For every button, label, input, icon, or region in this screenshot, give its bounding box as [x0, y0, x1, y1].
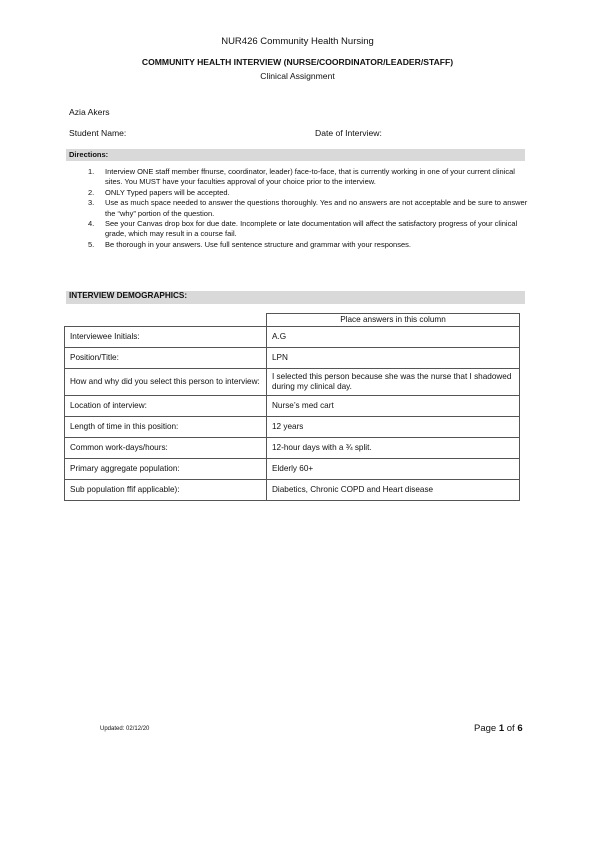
item-text: ONLY Typed papers will be accepted.: [105, 188, 230, 197]
demographics-table: Place answers in this column Interviewee…: [64, 313, 520, 501]
question-cell: Common work-days/hours:: [65, 438, 267, 459]
page-number: Page 1 of 6: [474, 723, 523, 734]
question-cell: Position/Title:: [65, 348, 267, 369]
answer-column-header: Place answers in this column: [267, 314, 520, 327]
item-number: 1.: [88, 167, 94, 177]
updated-date: Updated: 02/12/20: [100, 726, 149, 732]
table-row: Length of time in this position: 12 year…: [65, 417, 520, 438]
answer-cell[interactable]: Nurse’s med cart: [267, 396, 520, 417]
item-number: 3.: [88, 198, 94, 208]
table-row: Location of interview: Nurse’s med cart: [65, 396, 520, 417]
directions-heading: Directions:: [69, 150, 108, 159]
page-prefix: Page: [474, 723, 499, 734]
page-total: 6: [517, 723, 522, 734]
item-text: See your Canvas drop box for due date. I…: [105, 219, 517, 238]
document-subtitle: Clinical Assignment: [0, 71, 595, 81]
table-row: Position/Title: LPN: [65, 348, 520, 369]
question-cell: Primary aggregate population:: [65, 459, 267, 480]
answer-cell[interactable]: Elderly 60+: [267, 459, 520, 480]
question-cell: Interviewee Initials:: [65, 327, 267, 348]
question-cell: Sub population ffif applicable):: [65, 480, 267, 501]
direction-item: 3.Use as much space needed to answer the…: [88, 198, 528, 219]
item-text: Be thorough in your answers. Use full se…: [105, 240, 411, 249]
demographics-heading-bar: INTERVIEW DEMOGRAPHICS:: [66, 291, 525, 304]
document-title: COMMUNITY HEALTH INTERVIEW (NURSE/COORDI…: [0, 57, 595, 67]
answer-cell[interactable]: Diabetics, Chronic COPD and Heart diseas…: [267, 480, 520, 501]
table-row: Primary aggregate population: Elderly 60…: [65, 459, 520, 480]
answer-cell[interactable]: A.G: [267, 327, 520, 348]
table-row: How and why did you select this person t…: [65, 369, 520, 396]
question-cell: Location of interview:: [65, 396, 267, 417]
direction-item: 5.Be thorough in your answers. Use full …: [88, 240, 528, 250]
blank-header-cell: [65, 314, 267, 327]
question-cell: How and why did you select this person t…: [65, 369, 267, 396]
direction-item: 1.Interview ONE staff member ffnurse, co…: [88, 167, 528, 188]
direction-item: 2.ONLY Typed papers will be accepted.: [88, 188, 528, 198]
question-cell: Length of time in this position:: [65, 417, 267, 438]
table-header-row: Place answers in this column: [65, 314, 520, 327]
answer-cell[interactable]: I selected this person because she was t…: [267, 369, 520, 396]
directions-list: 1.Interview ONE staff member ffnurse, co…: [88, 167, 528, 250]
demographics-heading: INTERVIEW DEMOGRAPHICS:: [69, 291, 187, 300]
table-row: Sub population ffif applicable): Diabeti…: [65, 480, 520, 501]
item-number: 5.: [88, 240, 94, 250]
page-of: of: [504, 723, 517, 734]
answer-cell[interactable]: LPN: [267, 348, 520, 369]
directions-heading-bar: Directions:: [66, 149, 525, 161]
table-row: Interviewee Initials: A.G: [65, 327, 520, 348]
student-name-label: Student Name:: [69, 128, 126, 138]
direction-item: 4.See your Canvas drop box for due date.…: [88, 219, 528, 240]
item-text: Interview ONE staff member ffnurse, coor…: [105, 167, 515, 186]
item-number: 2.: [88, 188, 94, 198]
item-text: Use as much space needed to answer the q…: [105, 198, 527, 217]
student-name-value: Azia Akers: [69, 107, 110, 117]
item-number: 4.: [88, 219, 94, 229]
answer-cell[interactable]: 12 years: [267, 417, 520, 438]
table-row: Common work-days/hours: 12-hour days wit…: [65, 438, 520, 459]
course-name: NUR426 Community Health Nursing: [0, 36, 595, 47]
answer-cell[interactable]: 12-hour days with a ¾ split.: [267, 438, 520, 459]
date-of-interview-label: Date of Interview:: [315, 128, 382, 138]
